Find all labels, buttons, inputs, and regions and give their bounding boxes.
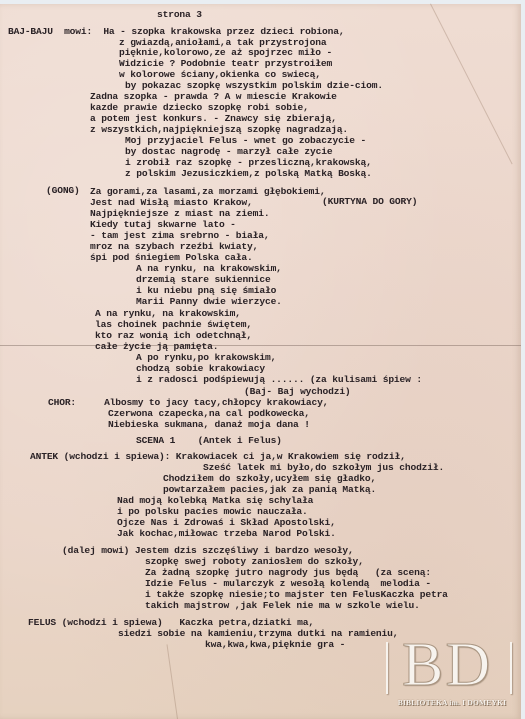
text-line: - tam jest zima srebrno - biała,: [90, 230, 269, 241]
logo-bar-right: [510, 642, 512, 694]
text-line: siedzi sobie na kamieniu,trzyma dutki na…: [118, 628, 398, 639]
text-line: ANTEK (wchodzi i spiewa): Krakowiacek ci…: [30, 451, 406, 462]
text-line: A na rynku, na krakowskim,: [136, 263, 282, 274]
text-line: i po polsku pacies mowic nauczała.: [117, 506, 308, 517]
text-line: Chodziłem do szkoły,ucyłem się gładko,: [163, 473, 376, 484]
text-line: drzemią stare sukiennice: [136, 274, 271, 285]
text-line: Najpiękniejsze z miast na ziemi.: [90, 208, 269, 219]
text-line: BAJ-BAJU mowi: Ha - szopka krakowska prz…: [8, 26, 344, 37]
text-line: a potem jest konkurs. - Znawcy się zbier…: [90, 113, 337, 124]
logo-letters: BD: [402, 634, 492, 696]
text-line: Sześć latek mi było,do szkołym jus chodz…: [203, 462, 444, 473]
text-line: Czerwona czapecka,na cal podkowecka,: [108, 408, 310, 419]
logo-bar-left: [386, 642, 388, 694]
text-line: śpi pod śniegiem Polska cała.: [90, 252, 253, 263]
text-line: z wszystkich,najpiękniejszą szopkę nagra…: [90, 124, 348, 135]
text-line: Moj przyjaciel Felus - wnet go zobaczyci…: [125, 135, 366, 146]
text-line: i także szopkę niesie;to majster ten Fel…: [145, 589, 448, 600]
page-number: strona 3: [157, 9, 202, 20]
text-line: Widzicie ? Podobnie teatr przystroiłem: [119, 58, 332, 69]
text-line: by dostac nagrodę - marzył całe zycie: [125, 146, 332, 157]
text-line: Niebieska sukmana, danaż moja dana !: [108, 419, 310, 430]
text-line: las choinek pachnie świętem,: [95, 319, 252, 330]
text-line: w kolorowe ściany,okienka co swiecą,: [119, 69, 321, 80]
text-line: CHOR: Albosmy to jacy tacy,chłopcy krako…: [48, 397, 328, 408]
text-line: mroz na szybach rzeźbi kwiaty,: [90, 241, 258, 252]
text-line: (Baj- Baj wychodzi): [244, 386, 351, 397]
text-line: pięknie,kolorowo,ze aż spojrzec miło -: [119, 47, 332, 58]
text-line: i z radosci podśpiewują ...... (za kulis…: [136, 374, 422, 385]
text-line: SCENA 1 (Antek i Felus): [136, 435, 282, 446]
text-line: FELUS (wchodzi i spiewa) Kaczka petra,dz…: [28, 617, 314, 628]
text-line: Jak kochac,miłowac trzeba Narod Polski.: [117, 528, 336, 539]
text-line: A na rynku, na krakowskim,: [95, 308, 241, 319]
library-watermark-logo: BD BIBLIOTEKA im. I DOMEYKI: [380, 632, 520, 712]
paper-crease: [167, 644, 179, 719]
typewritten-page: strona 3BAJ-BAJU mowi: Ha - szopka krako…: [0, 4, 521, 719]
paper-crease: [430, 4, 513, 165]
text-line: Za żadną szopkę jutro nagrody jus będą (…: [145, 567, 431, 578]
paper-fold-line: [0, 345, 521, 346]
text-line: (dalej mowi) Jestem dzis szczęśliwy i ba…: [62, 545, 354, 556]
text-line: Za gorami,za lasami,za morzami głębokiem…: [90, 186, 326, 197]
text-line: takich majstrow ,jak Felek nie ma w szko…: [145, 600, 420, 611]
text-line: Marii Panny dwie wierzyce.: [136, 296, 282, 307]
text-line: Idzie Felus - mularczyk z wesołą kolendą…: [145, 578, 431, 589]
text-line: Zadna szopka - prawda ? A w miescie Krak…: [90, 91, 337, 102]
text-line: (GONG): [46, 185, 80, 196]
text-line: i zrobił raz szopkę - przesliczną,krakow…: [125, 157, 372, 168]
text-line: Ojcze Nas i Zdrowaś i Skład Apostolski,: [117, 517, 336, 528]
text-line: kto raz wonią ich odetchnął,: [95, 330, 252, 341]
text-line: kwa,kwa,kwa,pięknie gra -: [205, 639, 345, 650]
text-line: A po rynku,po krakowskim,: [136, 352, 276, 363]
text-line: kazde prawie dziecko szopkę robi sobie,: [90, 102, 309, 113]
text-line: powtarzałem pacies,jak za panią Matką.: [163, 484, 376, 495]
text-line: i ku niebu pną się śmiało: [136, 285, 276, 296]
text-line: by pokazac szopkę wszystkim polskim dzie…: [125, 80, 383, 91]
text-line: Jest nad Wisłą miasto Krakow,: [90, 197, 253, 208]
text-line: szopkę swej roboty zaniosłem do szkoły,: [145, 556, 364, 567]
text-line: Kiedy tutaj skwarne lato -: [90, 219, 236, 230]
text-line: całe życie ją pamięta.: [95, 341, 218, 352]
text-line: Nad moją kolebką Matka się schylała: [117, 495, 313, 506]
logo-caption: BIBLIOTEKA im. I DOMEYKI: [384, 698, 520, 707]
text-line: chodzą sobie krakowiacy: [136, 363, 265, 374]
text-line: (KURTYNA DO GORY): [322, 196, 417, 207]
text-line: z polskim Jezusiczkiem,z polską Matką Bo…: [125, 168, 372, 179]
